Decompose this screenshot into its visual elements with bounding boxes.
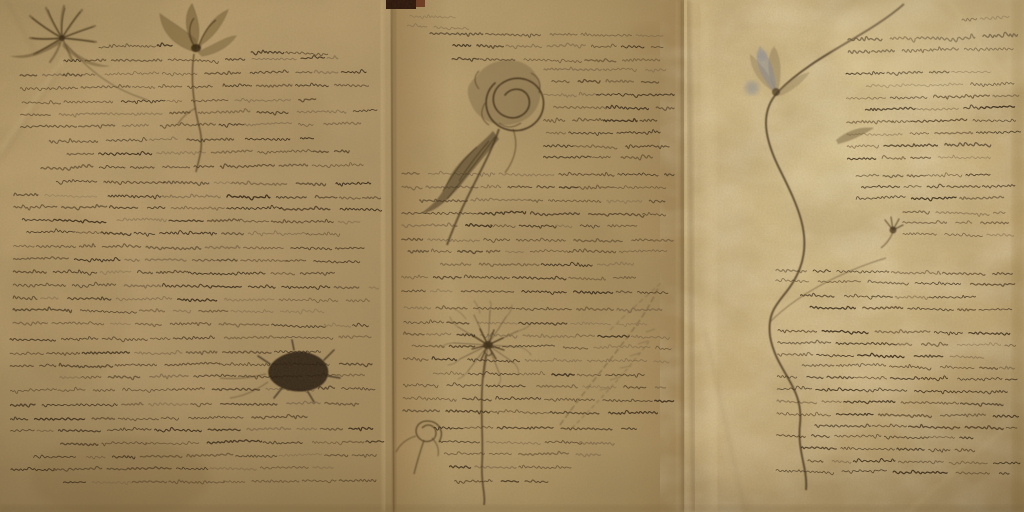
lighting-layer [0,0,1024,512]
herbarium-manuscript-spread [0,0,1024,512]
